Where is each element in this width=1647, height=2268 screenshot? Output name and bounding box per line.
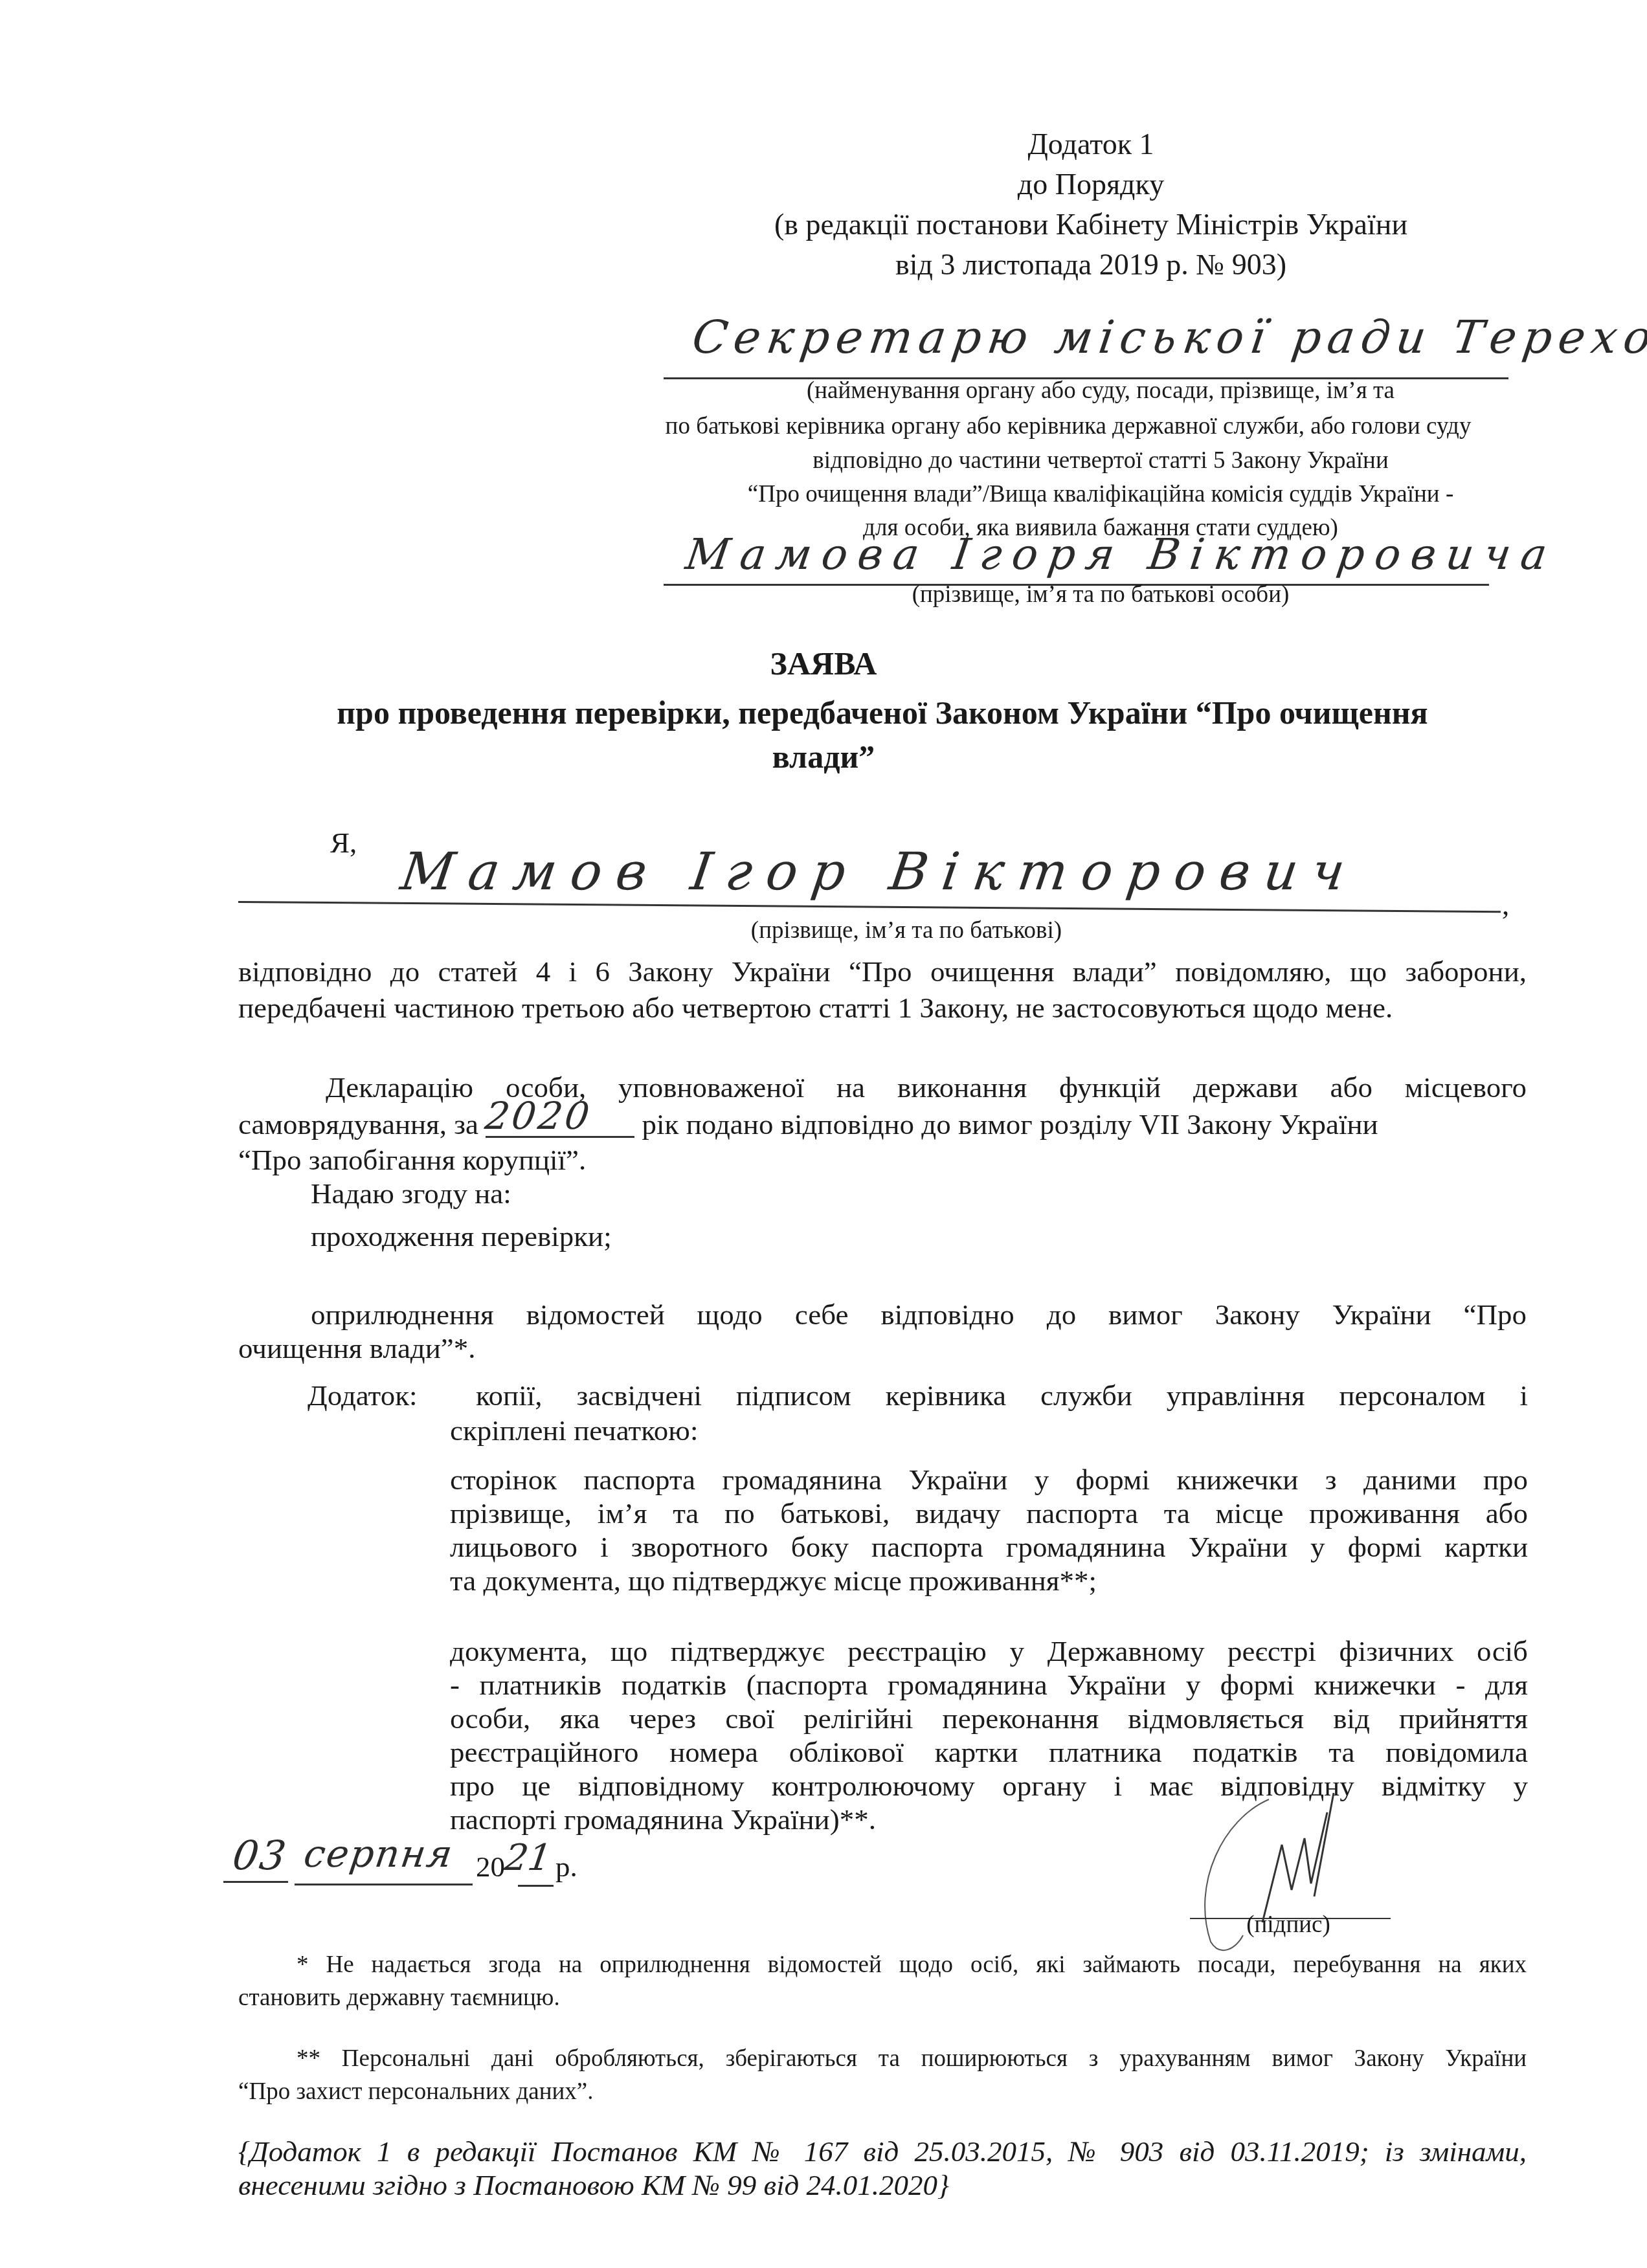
date-year-underline	[518, 1885, 554, 1887]
statement-paragraph-1: відповідно до статей 4 і 6 Закону Україн…	[238, 955, 1527, 1025]
list-line: особи, яка через свої релігійні перекона…	[450, 1702, 1528, 1735]
title-main: ЗАЯВА	[0, 645, 1647, 682]
addressee-caption: “Про очищення влади”/Вища кваліфікаційна…	[647, 478, 1554, 511]
statement-prefix: Я,	[330, 826, 357, 860]
consent-item: проходження перевірки;	[311, 1219, 612, 1253]
paragraph-line: “Про запобігання корупції”.	[238, 1143, 1527, 1177]
title-subtitle: про проведення перевірки, передбаченої З…	[238, 694, 1527, 731]
paragraph-text: рік подано відповідно до вимог розділу V…	[642, 1108, 1378, 1140]
footnote-line: становить державну таємницю.	[238, 1981, 1527, 2014]
paragraph-line: оприлюднення відомостей щодо себе відпов…	[238, 1298, 1527, 1331]
addressee-caption: по батькові керівника органу або керівни…	[583, 410, 1554, 443]
paragraph-line-with-year: самоврядування, за 2020 рік подано відпо…	[238, 1104, 1527, 1143]
footnote-line: ** Персональні дані обробляються, зберіг…	[238, 2042, 1527, 2075]
applicant-caption: (прізвище, ім’я та по батькові особи)	[647, 578, 1554, 611]
footnote-1: * Не надається згода на оприлюднення від…	[238, 1948, 1527, 2014]
header-line: до Порядку	[702, 164, 1479, 205]
attachment-item-1: сторінок паспорта громадянина України у …	[450, 1463, 1528, 1597]
addressee-caption: (найменування органу або суду, посади, п…	[647, 374, 1554, 407]
attachments-intro-cont: скріплені печаткою:	[450, 1414, 1528, 1447]
list-line: - платників податків (паспорта громадяни…	[450, 1668, 1528, 1702]
paragraph-line: Декларацію особи, уповноваженої на викон…	[238, 1071, 1527, 1104]
applicant-handwritten: Мамова Ігоря Вікторовича	[683, 529, 1561, 579]
paragraph-line: відповідно до статей 4 і 6 Закону Україн…	[238, 955, 1527, 988]
list-line: лицьового і зворотного боку паспорта гро…	[450, 1530, 1528, 1564]
date-day-underline	[223, 1881, 288, 1883]
date-year-handwritten: 21	[502, 1837, 554, 1879]
paragraph-line: передбачені частиною третьою або четверт…	[238, 991, 1527, 1025]
year-field: 2020	[486, 1099, 634, 1138]
statement-paragraph-2: Декларацію особи, уповноваженої на викон…	[238, 1071, 1527, 1177]
list-line: скріплені печаткою:	[450, 1414, 1528, 1447]
list-line: сторінок паспорта громадянина України у …	[450, 1463, 1528, 1496]
editorial-line: {Додаток 1 в редакції Постанов КМ № 167 …	[238, 2135, 1527, 2168]
date-month-handwritten: серпня	[301, 1832, 456, 1876]
date-month-underline	[295, 1884, 473, 1885]
header-line: (в редакції постанови Кабінету Міністрів…	[702, 205, 1479, 245]
trailing-comma: ,	[1502, 888, 1509, 922]
date-year-prefix: 20	[476, 1850, 505, 1884]
list-line: документа, що підтверджує реєстрацію у Д…	[450, 1634, 1528, 1668]
header-line: від 3 листопада 2019 р. № 903)	[702, 245, 1479, 285]
list-line: прізвище, ім’я та по батькові, видачу па…	[450, 1496, 1528, 1530]
year-handwritten: 2020	[484, 1099, 594, 1133]
list-line: копії, засвідчені підписом керівника слу…	[476, 1379, 1528, 1412]
statement-handwritten-name: Мамов Ігор Вікторович	[397, 841, 1362, 902]
footnote-line: * Не надається згода на оприлюднення від…	[238, 1948, 1527, 1981]
title-subtitle: влади”	[0, 738, 1647, 775]
consent-publication: оприлюднення відомостей щодо себе відпов…	[238, 1298, 1527, 1365]
list-line: реєстраційного номера облікової картки п…	[450, 1735, 1528, 1769]
signature-caption: (підпис)	[1224, 1908, 1353, 1941]
name-caption: (прізвище, ім’я та по батькові)	[647, 914, 1165, 947]
consent-intro: Надаю згоду на:	[311, 1177, 511, 1210]
date-year-suffix: р.	[555, 1850, 577, 1884]
list-line: та документа, що підтверджує місце прожи…	[450, 1564, 1528, 1597]
header-line: Додаток 1	[702, 124, 1479, 164]
paragraph-line: очищення влади”*.	[238, 1331, 1527, 1365]
date-day-handwritten: 03	[230, 1832, 290, 1879]
attachments-label: Додаток:	[308, 1379, 418, 1412]
attachments-intro: копії, засвідчені підписом керівника слу…	[476, 1379, 1528, 1412]
name-underline	[238, 901, 1501, 913]
editorial-note: {Додаток 1 в редакції Постанов КМ № 167 …	[238, 2135, 1527, 2202]
footnote-line: “Про захист персональних даних”.	[238, 2075, 1527, 2108]
addressee-handwritten: Секретарю міської ради Терехову І.О.	[689, 311, 1647, 364]
paragraph-text: самоврядування, за	[238, 1108, 478, 1140]
addressee-caption: відповідно до частини четвертої статті 5…	[647, 444, 1554, 477]
editorial-line: внесеними згідно з Постановою КМ № 99 ві…	[238, 2168, 1527, 2202]
footnote-2: ** Персональні дані обробляються, зберіг…	[238, 2042, 1527, 2108]
